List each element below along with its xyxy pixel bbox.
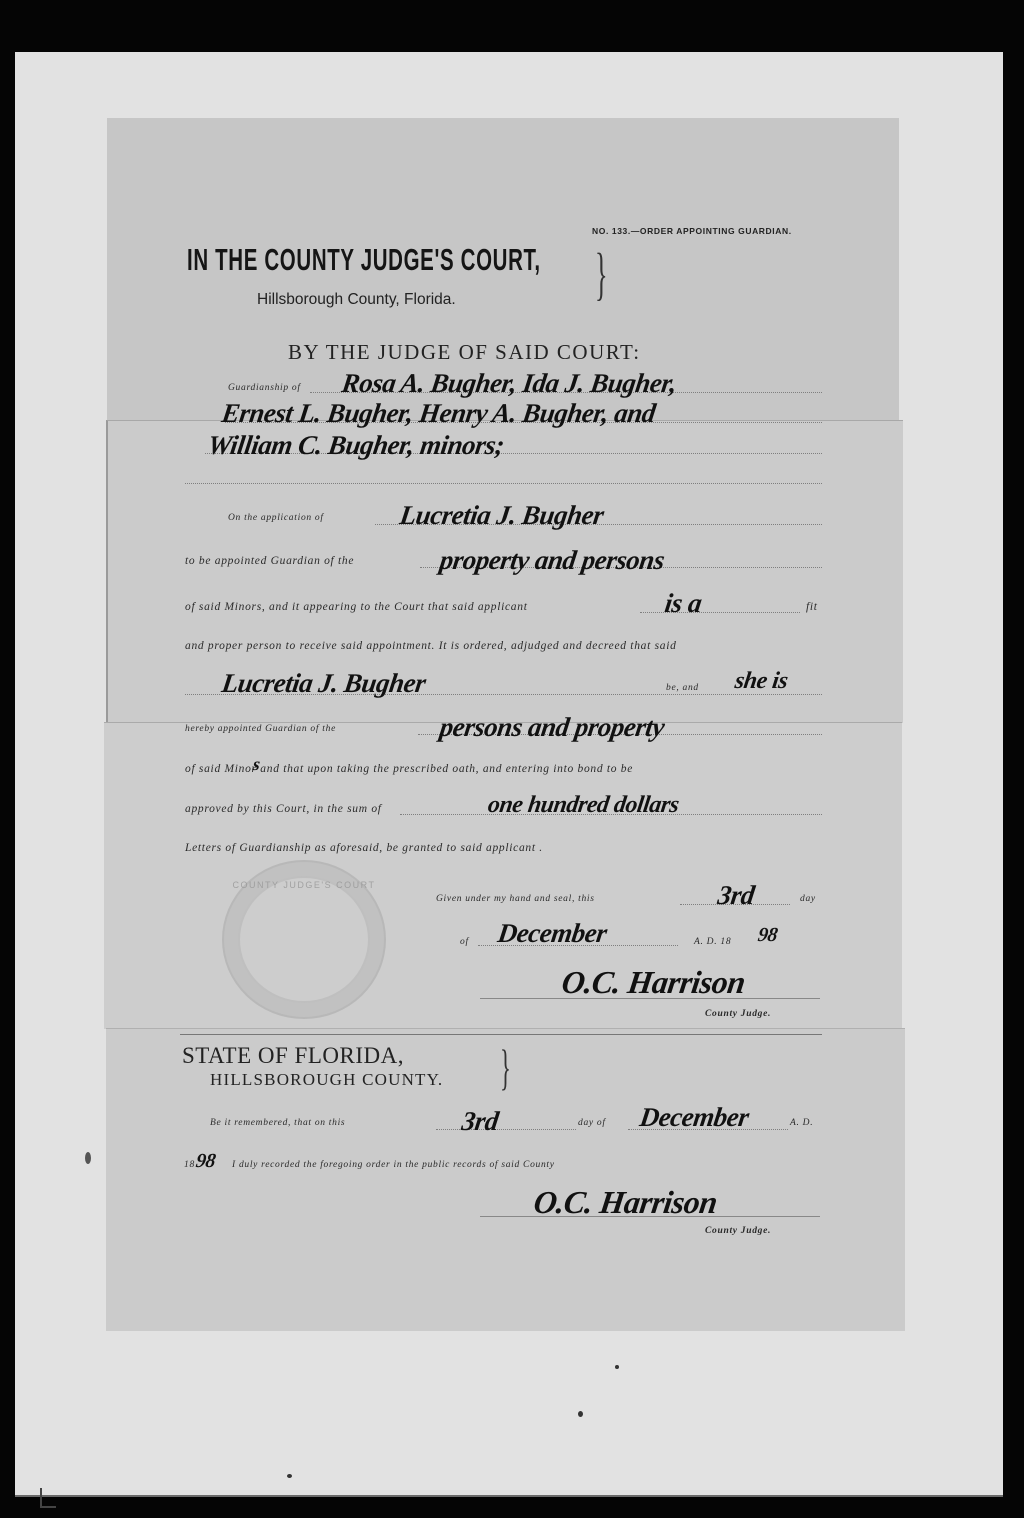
court-title: IN THE COUNTY JUDGE'S COURT,: [187, 242, 541, 278]
record-ad: A. D.: [790, 1118, 813, 1128]
county-line: Hillsborough County, Florida.: [257, 291, 456, 309]
speck: [578, 1411, 583, 1417]
county-title: HILLSBOROUGH COUNTY.: [210, 1070, 443, 1090]
given-month: December: [496, 918, 609, 949]
is-a: is a: [663, 588, 704, 619]
speck: [615, 1365, 619, 1369]
record-month: December: [638, 1102, 751, 1133]
applicant-name: Lucretia J. Bugher: [398, 500, 606, 531]
speck: [85, 1152, 91, 1164]
guardianship-names-3: William C. Bugher, minors;: [206, 430, 506, 461]
given-of: of: [460, 937, 469, 947]
judge-signature: O.C. Harrison: [559, 964, 747, 1001]
given-ad: A. D. 18: [694, 937, 731, 947]
given-label: Given under my hand and seal, this: [436, 894, 595, 904]
given-day-word: day: [800, 894, 816, 904]
record-judge-title: County Judge.: [705, 1226, 771, 1236]
guardianship-names-2: Ernest L. Bugher, Henry A. Bugher, and: [220, 398, 657, 429]
form-number: NO. 133.—ORDER APPOINTING GUARDIAN.: [592, 226, 792, 236]
court-seal: COUNTY JUDGE'S COURT: [222, 860, 386, 1019]
brace: }: [500, 1038, 511, 1096]
appointed-label: to be appointed Guardian of the: [185, 555, 354, 567]
fit-word: fit: [806, 601, 818, 613]
guardianship-label: Guardianship of: [228, 383, 301, 393]
speck: [287, 1474, 292, 1478]
be-and: be, and: [666, 683, 699, 693]
seal-text: COUNTY JUDGE'S COURT: [224, 880, 384, 890]
hereby-of: persons and property: [438, 712, 666, 743]
remembered-label: Be it remembered, that on this: [210, 1118, 345, 1128]
letters-line: Letters of Guardianship as aforesaid, be…: [185, 842, 543, 854]
guardianship-line-4: [185, 483, 822, 484]
minors-text: of said Minors, and it appearing to the …: [185, 601, 528, 613]
proper-text: and proper person to receive said appoin…: [185, 640, 677, 652]
she-is: she is: [733, 668, 789, 695]
record-day: 3rd: [460, 1106, 500, 1137]
bond-sum: one hundred dollars: [486, 792, 680, 819]
state-title: STATE OF FLORIDA,: [182, 1043, 404, 1069]
hereby-label: hereby appointed Guardian of the: [185, 724, 336, 734]
record-day-of: day of: [578, 1118, 606, 1128]
record-year: 98: [194, 1150, 216, 1173]
judge-title: County Judge.: [705, 1009, 771, 1019]
guardianship-names-1: Rosa A. Bugher, Ida J. Bugher,: [340, 368, 679, 399]
recorded-text: I duly recorded the foregoing order in t…: [232, 1160, 555, 1170]
section-rule: [180, 1034, 822, 1035]
approved-label: approved by this Court, in the sum of: [185, 803, 382, 815]
corner-mark: [40, 1488, 56, 1508]
record-signature: O.C. Harrison: [531, 1184, 719, 1221]
given-year: 98: [756, 924, 778, 947]
brace: }: [595, 240, 608, 307]
by-judge-heading: BY THE JUDGE OF SAID COURT:: [288, 340, 641, 365]
record-year-prefix: 18: [184, 1160, 195, 1170]
record-day-line: [436, 1129, 576, 1130]
application-label: On the application of: [228, 513, 324, 523]
given-day: 3rd: [716, 880, 756, 911]
order-name: Lucretia J. Bugher: [220, 668, 428, 699]
appointed-of: property and persons: [438, 545, 666, 576]
